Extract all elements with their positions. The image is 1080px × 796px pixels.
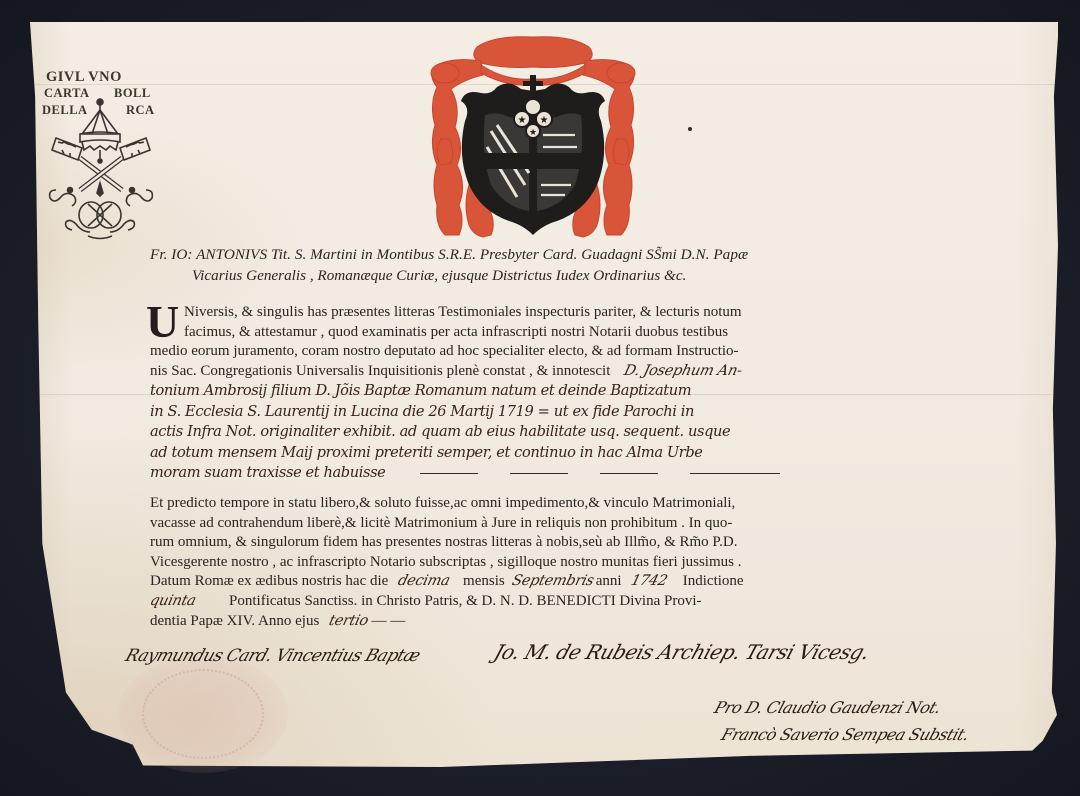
signature-notary: Pro D. Claudio Gaudenzi Not. bbox=[712, 698, 943, 717]
embossed-seal bbox=[118, 655, 288, 773]
testimonial-body: U Niversis, & singulis has præsentes lit… bbox=[150, 303, 940, 484]
cardinal-coat-of-arms: ★ ★ ★ bbox=[425, 35, 641, 240]
testimonial-body-continued: Et predicto tempore in statu libero,& so… bbox=[150, 494, 970, 631]
pontificate-text: Pontificatus Sanctiss. in Christo Patris… bbox=[229, 593, 701, 609]
final-line: dentia Papæ XIV. Anno ejus tertio — — bbox=[150, 612, 970, 632]
printed-line: Niversis, & singulis has præsentes litte… bbox=[150, 303, 940, 323]
signature-substitute: Francò Saverio Sempea Substit. bbox=[719, 725, 972, 744]
handwritten-line: moram suam traxisse et habuisse bbox=[150, 463, 940, 484]
datum-indictione: Indictione bbox=[683, 573, 744, 589]
pontificate-line: quinta Pontificatus Sanctiss. in Christo… bbox=[150, 592, 970, 612]
filler-rule bbox=[510, 473, 568, 474]
handwritten-name: D. Josephum An- bbox=[622, 362, 744, 382]
datum-anni: anni bbox=[596, 573, 622, 589]
cardinal-hat-crest-icon: ★ ★ ★ bbox=[425, 35, 641, 240]
papal-keys-tiara-icon bbox=[42, 98, 164, 243]
tax-stamp: GIVL VNO CARTA BOLL DELLA RCA bbox=[42, 70, 164, 242]
filler-rule bbox=[420, 473, 478, 474]
printed-line: vacasse ad contrahendum liberè,& licitè … bbox=[150, 514, 970, 534]
handwritten-line: tonium Ambrosij filium D. Jõis Baptæ Ro… bbox=[150, 381, 940, 402]
signature-vicesgerent: Jo. M. de Rubeis Archiep. Tarsi Vicesg. bbox=[491, 640, 873, 664]
filler-rule bbox=[690, 473, 780, 474]
indiction-number: quinta bbox=[148, 592, 198, 612]
printed-text: nis Sac. Congregationis Universalis Inqu… bbox=[150, 363, 610, 379]
handwritten-line: ad totum mensem Maij proximi preteriti s… bbox=[150, 443, 940, 464]
issuer-heading: Fr. IO: ANTONIVS Tit. S. Martini in Mont… bbox=[150, 244, 950, 286]
printed-line: rum omnium, & singulorum fidem has prese… bbox=[150, 533, 970, 553]
heading-line-1: Fr. IO: ANTONIVS Tit. S. Martini in Mont… bbox=[150, 244, 950, 265]
final-text: dentia Papæ XIV. Anno ejus bbox=[150, 613, 319, 629]
datum-prefix: Datum Romæ ex ædibus nostris hac die bbox=[150, 573, 388, 589]
svg-text:★: ★ bbox=[518, 115, 527, 126]
handwritten-line: in S. Ecclesia S. Laurentij in Lucina di… bbox=[150, 402, 940, 423]
printed-line: Et predicto tempore in statu libero,& so… bbox=[150, 494, 970, 514]
svg-text:★: ★ bbox=[540, 115, 549, 126]
printed-line: facimus, & attestamur , quod examinatis … bbox=[150, 323, 940, 343]
stamp-text-line1: GIVL VNO bbox=[46, 70, 122, 84]
datum-day: decima bbox=[396, 572, 452, 592]
printed-line-with-handwriting: nis Sac. Congregationis Universalis Inqu… bbox=[150, 362, 940, 382]
handwritten-text: moram suam traxisse et habuisse bbox=[150, 464, 385, 481]
datum-mensis: mensis bbox=[463, 573, 505, 589]
signature-cardinal: Raymundus Card. Vincentius Baptæ bbox=[123, 646, 423, 666]
heading-line-2: Vicarius Generalis , Romanæque Curiæ, ej… bbox=[150, 265, 950, 286]
handwritten-line: actis Infra Not. originaliter exhibit. a… bbox=[150, 422, 940, 443]
drop-cap: U bbox=[146, 301, 179, 343]
datum-line: Datum Romæ ex ædibus nostris hac die dec… bbox=[150, 572, 970, 592]
printed-line: Vicesgerente nostro , ac infrascripto No… bbox=[150, 553, 970, 573]
reign-year: tertio bbox=[327, 612, 371, 632]
datum-month: Septembris bbox=[510, 572, 596, 592]
datum-year: 1742 bbox=[629, 572, 670, 592]
ink-dot bbox=[688, 127, 692, 131]
printed-line: medio eorum juramento, coram nostro depu… bbox=[150, 342, 940, 362]
svg-text:★: ★ bbox=[529, 127, 537, 137]
filler-rule bbox=[600, 473, 658, 474]
dash-filler: — — bbox=[372, 613, 406, 629]
